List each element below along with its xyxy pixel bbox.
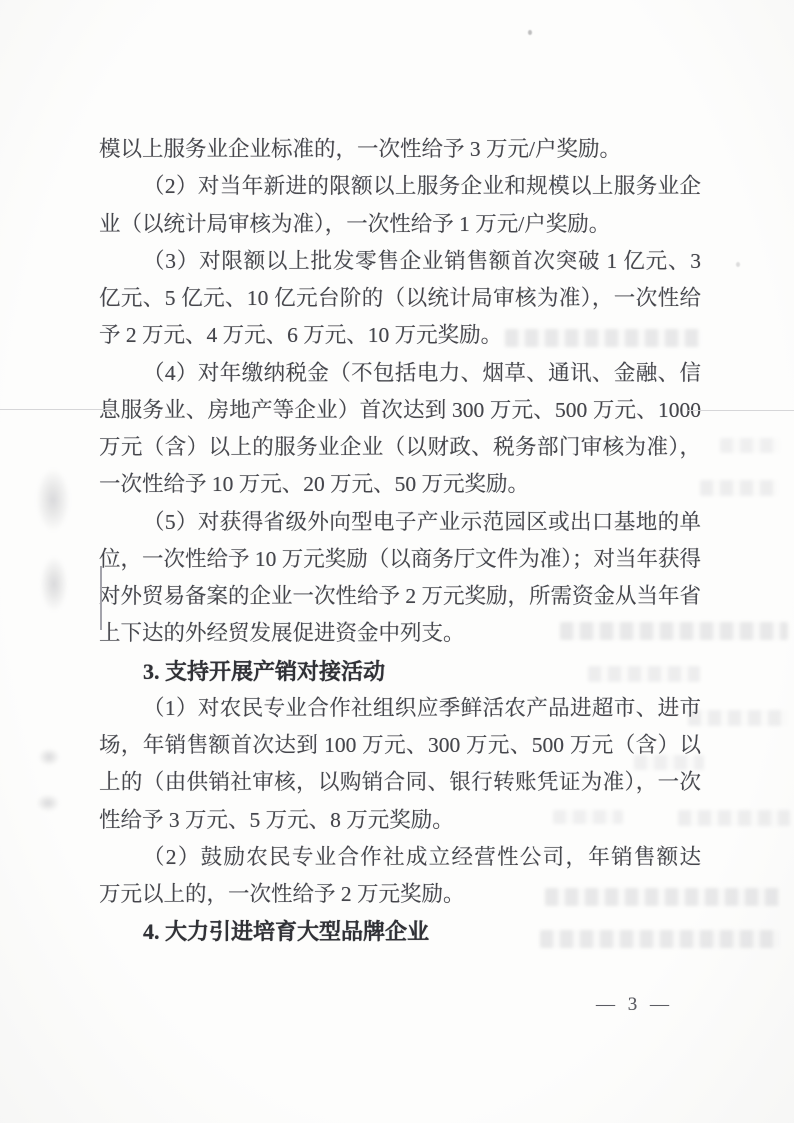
page-number: — 3 —	[596, 994, 706, 1016]
text-line: （1）对农民专业合作社组织应季鲜活农产品进超市、进市	[99, 690, 701, 727]
scan-hairline-left	[0, 409, 112, 410]
margin-smudge	[40, 556, 68, 612]
document-text-block: 模以上服务业企业标准的，一次性给予 3 万元/户奖励。（2）对当年新进的限额以上…	[99, 131, 701, 951]
text-line: 对外贸易备案的企业一次性给予 2 万元奖励，所需资金从当年省	[99, 578, 701, 615]
text-line: 万元以上的，一次性给予 2 万元奖励。	[99, 876, 701, 913]
section-heading: 3. 支持开展产销对接活动	[99, 653, 701, 690]
text-line: 性给予 3 万元、5 万元、8 万元奖励。	[99, 802, 701, 839]
text-line: 模以上服务业企业标准的，一次性给予 3 万元/户奖励。	[99, 131, 701, 168]
text-line: （2）对当年新进的限额以上服务企业和规模以上服务业企	[99, 168, 701, 205]
text-line: 场，年销售额首次达到 100 万元、300 万元、500 万元（含）以	[99, 727, 701, 764]
scan-speck	[528, 30, 532, 35]
text-line: （3）对限额以上批发零售企业销售额首次突破 1 亿元、3	[99, 243, 701, 280]
text-line: （2）鼓励农民专业合作社成立经营性公司，年销售额达 2000	[99, 839, 701, 876]
text-line: 上的（由供销社审核，以购销合同、银行转账凭证为准），一次	[99, 764, 701, 801]
text-line: （5）对获得省级外向型电子产业示范园区或出口基地的单	[99, 504, 701, 541]
text-line: 予 2 万元、4 万元、6 万元、10 万元奖励。	[99, 317, 701, 354]
text-line: 上下达的外经贸发展促进资金中列支。	[99, 615, 701, 652]
text-line: 业（以统计局审核为准），一次性给予 1 万元/户奖励。	[99, 206, 701, 243]
scanned-document-page: 模以上服务业企业标准的，一次性给予 3 万元/户奖励。（2）对当年新进的限额以上…	[0, 0, 794, 1123]
scan-speck	[736, 262, 740, 267]
scan-vertical-mark	[100, 566, 102, 630]
scan-hairline-right	[688, 410, 794, 411]
margin-smudge	[36, 794, 60, 812]
text-line: 万元（含）以上的服务业企业（以财政、税务部门审核为准），	[99, 429, 701, 466]
text-line: （4）对年缴纳税金（不包括电力、烟草、通讯、金融、信	[99, 355, 701, 392]
text-line: 一次性给予 10 万元、20 万元、50 万元奖励。	[99, 466, 701, 503]
bleed-through-mark	[700, 480, 778, 496]
text-line: 位，一次性给予 10 万元奖励（以商务厅文件为准）；对当年获得	[99, 541, 701, 578]
text-line: 息服务业、房地产等企业）首次达到 300 万元、500 万元、1000	[99, 392, 701, 429]
bleed-through-mark	[720, 438, 780, 453]
section-heading: 4. 大力引进培育大型品牌企业	[99, 913, 701, 950]
margin-smudge	[36, 468, 70, 532]
bleed-through-mark	[688, 710, 788, 726]
margin-smudge	[38, 748, 60, 766]
text-line: 亿元、5 亿元、10 亿元台阶的（以统计局审核为准），一次性给	[99, 280, 701, 317]
